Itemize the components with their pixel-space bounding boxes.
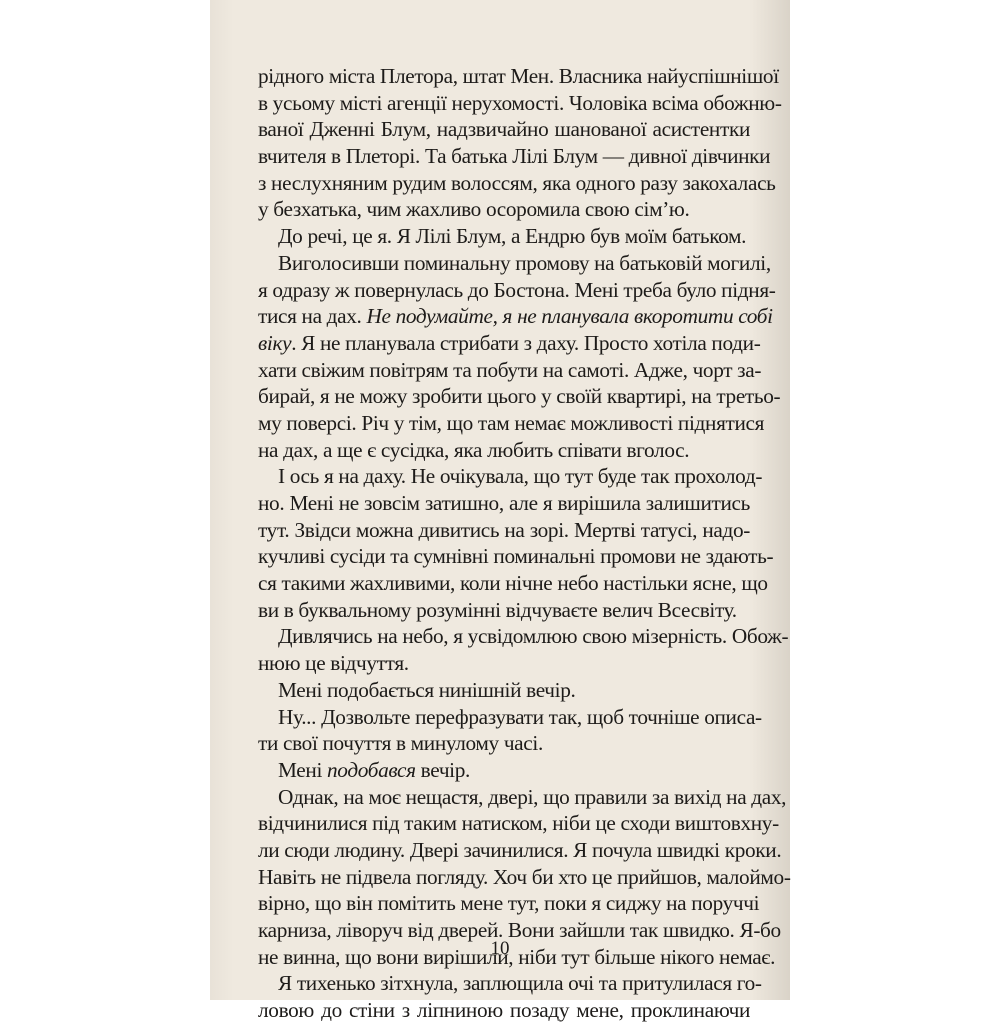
text-line: кучливі сусіди та сумнівні поминальні пр… xyxy=(258,543,750,570)
text-segment: Ну... Дозвольте перефразувати так, щоб т… xyxy=(278,705,762,729)
text-line: ви в буквальному розумінні відчуваєте ве… xyxy=(258,597,750,624)
text-line: Мені подобається нинішній вечір. xyxy=(258,677,750,704)
text-segment: на дах, а ще є сусідка, яка любить співа… xyxy=(258,438,689,462)
text-segment: До речі, це я. Я Лілі Блум, а Ендрю був … xyxy=(278,224,746,248)
text-segment: Мені xyxy=(278,758,327,782)
text-segment: з неслухняним рудим волоссям, яка одного… xyxy=(258,171,776,195)
text-segment: рідного міста Плетора, штат Мен. Власник… xyxy=(258,64,779,88)
text-line: віку. Я не планувала стрибати з даху. Пр… xyxy=(258,330,750,357)
text-line: ся такими жахливими, коли нічне небо нас… xyxy=(258,570,750,597)
text-segment: І ось я на даху. Не очікувала, що тут бу… xyxy=(278,464,762,488)
text-segment: кучливі сусіди та сумнівні поминальні пр… xyxy=(258,544,773,568)
text-segment: ви в буквальному розумінні відчуваєте ве… xyxy=(258,598,737,622)
text-line: на дах, а ще є сусідка, яка любить співа… xyxy=(258,437,750,464)
text-line: До речі, це я. Я Лілі Блум, а Ендрю був … xyxy=(258,223,750,250)
text-line: з неслухняним рудим волоссям, яка одного… xyxy=(258,170,750,197)
italic-text-segment: подобався xyxy=(327,758,416,782)
text-line: ли сюди людину. Двері зачинилися. Я почу… xyxy=(258,837,750,864)
text-segment: нюю це відчуття. xyxy=(258,651,409,675)
text-line: Виголосивши поминальну промову на батько… xyxy=(258,250,750,277)
text-line: ваної Дженні Блум, надзвичайно шанованої… xyxy=(258,116,750,143)
text-segment: Однак, на моє нещастя, двері, що правили… xyxy=(278,785,786,809)
text-line: хати свіжим повітрям та побути на самоті… xyxy=(258,357,750,384)
text-line: вчителя в Плеторі. Та батька Лілі Блум —… xyxy=(258,143,750,170)
text-line: Навіть не підвела погляду. Хоч би хто це… xyxy=(258,864,750,891)
text-segment: в усьому місті агенції нерухомості. Чоло… xyxy=(258,91,782,115)
text-line: Однак, на моє нещастя, двері, що правили… xyxy=(258,784,750,811)
text-line: нюю це відчуття. xyxy=(258,650,750,677)
text-segment: у безхатька, чим жахливо осоромила свою … xyxy=(258,197,689,221)
text-segment: Я тихенько зітхнула, заплющила очі та пр… xyxy=(278,971,762,995)
italic-text-segment: віку xyxy=(258,331,291,355)
text-segment: вчителя в Плеторі. Та батька Лілі Блум —… xyxy=(258,144,770,168)
text-line: я одразу ж повернулась до Бостона. Мені … xyxy=(258,277,750,304)
text-line: бирай, я не можу зробити цього у своїй к… xyxy=(258,383,750,410)
text-line: му поверсі. Річ у тім, що там немає можл… xyxy=(258,410,750,437)
book-page: рідного міста Плетора, штат Мен. Власник… xyxy=(210,0,790,1000)
text-segment: тут. Звідси можна дивитись на зорі. Мерт… xyxy=(258,518,750,542)
text-segment: му поверсі. Річ у тім, що там немає можл… xyxy=(258,411,764,435)
text-segment: ли сюди людину. Двері зачинилися. Я почу… xyxy=(258,838,781,862)
text-line: вірно, що він помітить мене тут, поки я … xyxy=(258,890,750,917)
text-segment: Дивлячись на небо, я усвідомлюю свою міз… xyxy=(278,624,788,648)
text-line: Дивлячись на небо, я усвідомлюю свою міз… xyxy=(258,623,750,650)
text-line: тут. Звідси можна дивитись на зорі. Мерт… xyxy=(258,517,750,544)
text-line: но. Мені не зовсім затишно, але я виріши… xyxy=(258,490,750,517)
text-line: Мені подобався вечір. xyxy=(258,757,750,784)
text-line: рідного міста Плетора, штат Мен. Власник… xyxy=(258,63,750,90)
text-line: у безхатька, чим жахливо осоромила свою … xyxy=(258,196,750,223)
text-line: І ось я на даху. Не очікувала, що тут бу… xyxy=(258,463,750,490)
text-segment: вірно, що він помітить мене тут, поки я … xyxy=(258,891,759,915)
text-segment: но. Мені не зовсім затишно, але я виріши… xyxy=(258,491,750,515)
text-segment: Виголосивши поминальну промову на батько… xyxy=(278,251,771,275)
text-segment: я одразу ж повернулась до Бостона. Мені … xyxy=(258,278,776,302)
text-segment: Мені подобається нинішній вечір. xyxy=(278,678,575,702)
text-segment: хати свіжим повітрям та побути на самоті… xyxy=(258,358,761,382)
text-line: відчинилися під таким натиском, ніби це … xyxy=(258,810,750,837)
text-line: Я тихенько зітхнула, заплющила очі та пр… xyxy=(258,970,750,997)
body-text: рідного міста Плетора, штат Мен. Власник… xyxy=(258,63,750,1000)
text-segment: бирай, я не можу зробити цього у своїй к… xyxy=(258,384,780,408)
text-segment: вечір. xyxy=(416,758,470,782)
text-segment: тися на дах. xyxy=(258,304,367,328)
text-line: тися на дах. Не подумайте, я не планувал… xyxy=(258,303,750,330)
text-segment: . Я не планувала стрибати з даху. Просто… xyxy=(291,331,760,355)
text-segment: Навіть не підвела погляду. Хоч би хто це… xyxy=(258,865,791,889)
text-segment: ваної Дженні Блум, надзвичайно шанованої… xyxy=(258,117,750,141)
italic-text-segment: Не подумайте, я не планувала вкоротити с… xyxy=(367,304,773,328)
text-segment: ти свої почуття в минулому часі. xyxy=(258,731,543,755)
text-line: в усьому місті агенції нерухомості. Чоло… xyxy=(258,90,750,117)
text-line: ти свої почуття в минулому часі. xyxy=(258,730,750,757)
page-number: 10 xyxy=(210,938,790,960)
text-line: Ну... Дозвольте перефразувати так, щоб т… xyxy=(258,704,750,731)
text-segment: відчинилися під таким натиском, ніби це … xyxy=(258,811,779,835)
text-segment: ся такими жахливими, коли нічне небо нас… xyxy=(258,571,768,595)
